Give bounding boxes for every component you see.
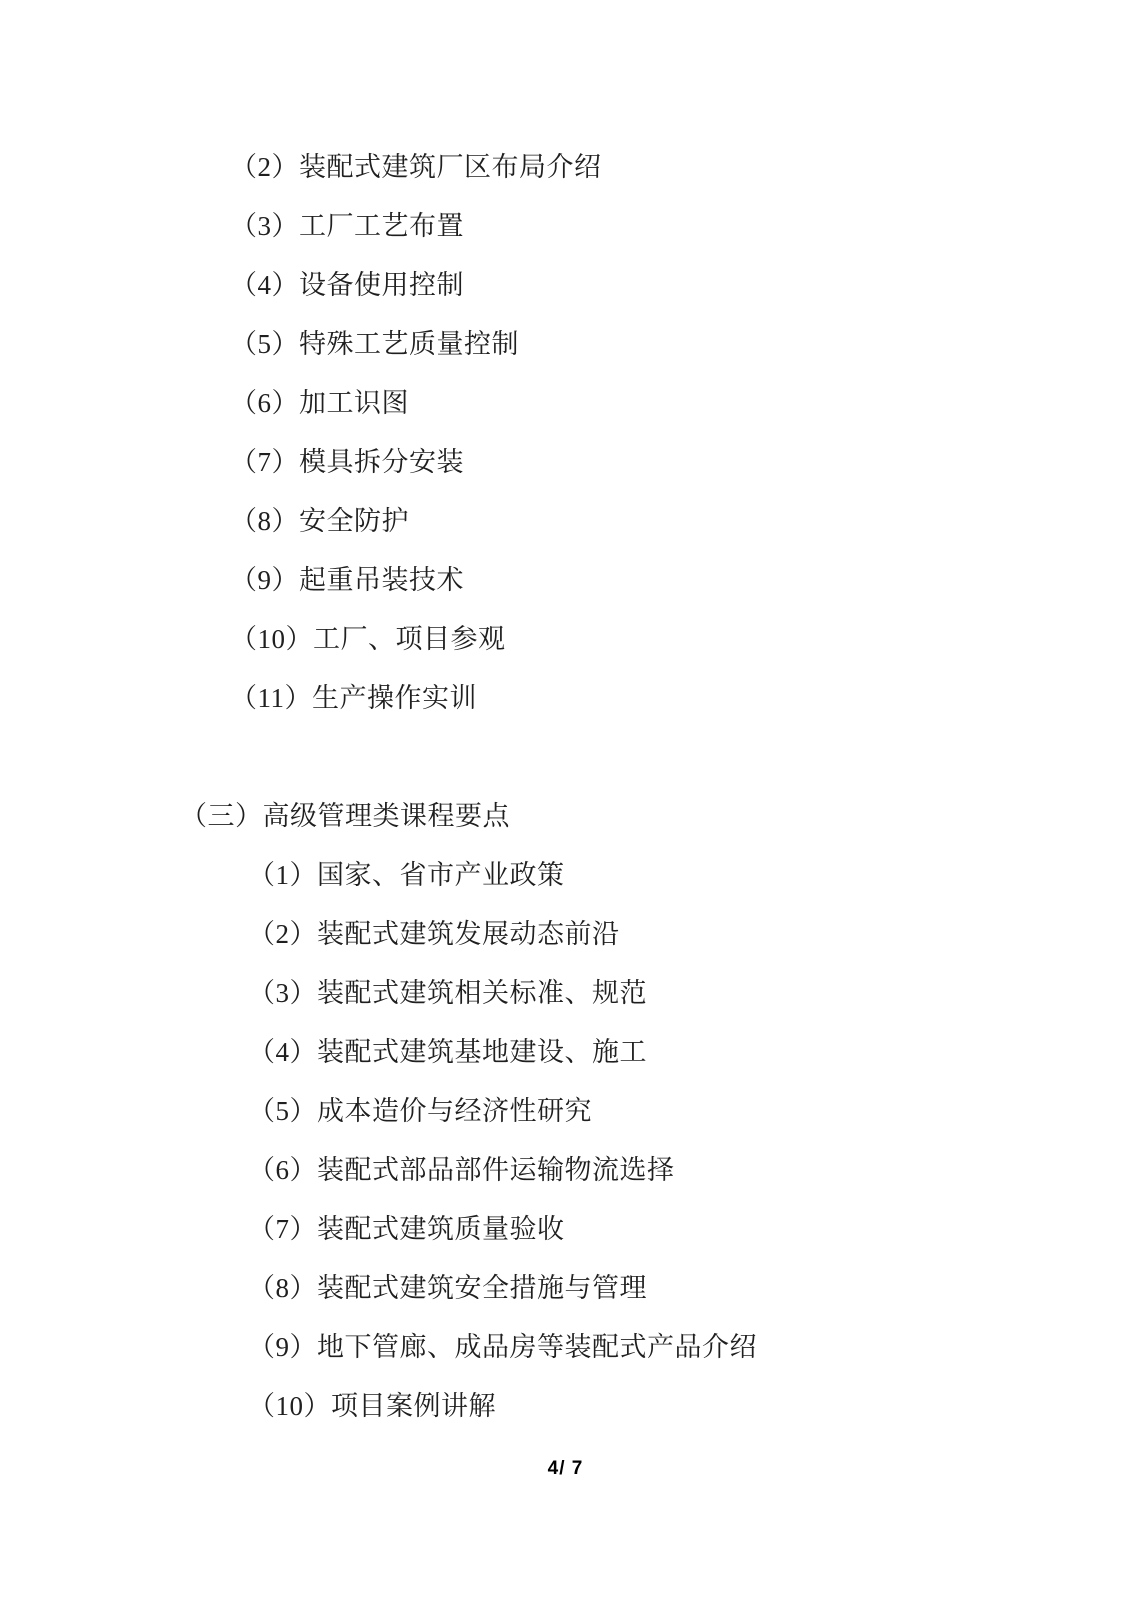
list-item: （10）项目案例讲解	[0, 1377, 1131, 1436]
page-number: 4/ 7	[548, 1458, 584, 1479]
list-item: （7）装配式建筑质量验收	[0, 1200, 1131, 1259]
list-item: （4）装配式建筑基地建设、施工	[0, 1023, 1131, 1082]
page-footer: 4/ 7	[0, 1458, 1131, 1480]
list-item: （5）特殊工艺质量控制	[0, 315, 1131, 374]
management-course-list: （1）国家、省市产业政策（2）装配式建筑发展动态前沿（3）装配式建筑相关标准、规…	[0, 846, 1131, 1436]
list-item: （7）模具拆分安装	[0, 433, 1131, 492]
list-item: （2）装配式建筑发展动态前沿	[0, 905, 1131, 964]
list-item: （11）生产操作实训	[0, 669, 1131, 728]
list-item: （6）装配式部品部件运输物流选择	[0, 1141, 1131, 1200]
document-page: （2）装配式建筑厂区布局介绍（3）工厂工艺布置（4）设备使用控制（5）特殊工艺质…	[0, 0, 1131, 1600]
document-body: （2）装配式建筑厂区布局介绍（3）工厂工艺布置（4）设备使用控制（5）特殊工艺质…	[0, 138, 1131, 1436]
list-item: （10）工厂、项目参观	[0, 610, 1131, 669]
list-item: （2）装配式建筑厂区布局介绍	[0, 138, 1131, 197]
list-item: （5）成本造价与经济性研究	[0, 1082, 1131, 1141]
production-course-list: （2）装配式建筑厂区布局介绍（3）工厂工艺布置（4）设备使用控制（5）特殊工艺质…	[0, 138, 1131, 728]
list-item: （1）国家、省市产业政策	[0, 846, 1131, 905]
list-item: （3）工厂工艺布置	[0, 197, 1131, 256]
list-item: （8）装配式建筑安全措施与管理	[0, 1259, 1131, 1318]
blank-line	[0, 728, 1131, 787]
list-item: （8）安全防护	[0, 492, 1131, 551]
list-item: （9）起重吊装技术	[0, 551, 1131, 610]
list-item: （9）地下管廊、成品房等装配式产品介绍	[0, 1318, 1131, 1377]
list-item: （4）设备使用控制	[0, 256, 1131, 315]
list-item: （6）加工识图	[0, 374, 1131, 433]
list-item: （3）装配式建筑相关标准、规范	[0, 964, 1131, 1023]
section-heading: （三）高级管理类课程要点	[0, 787, 1131, 846]
